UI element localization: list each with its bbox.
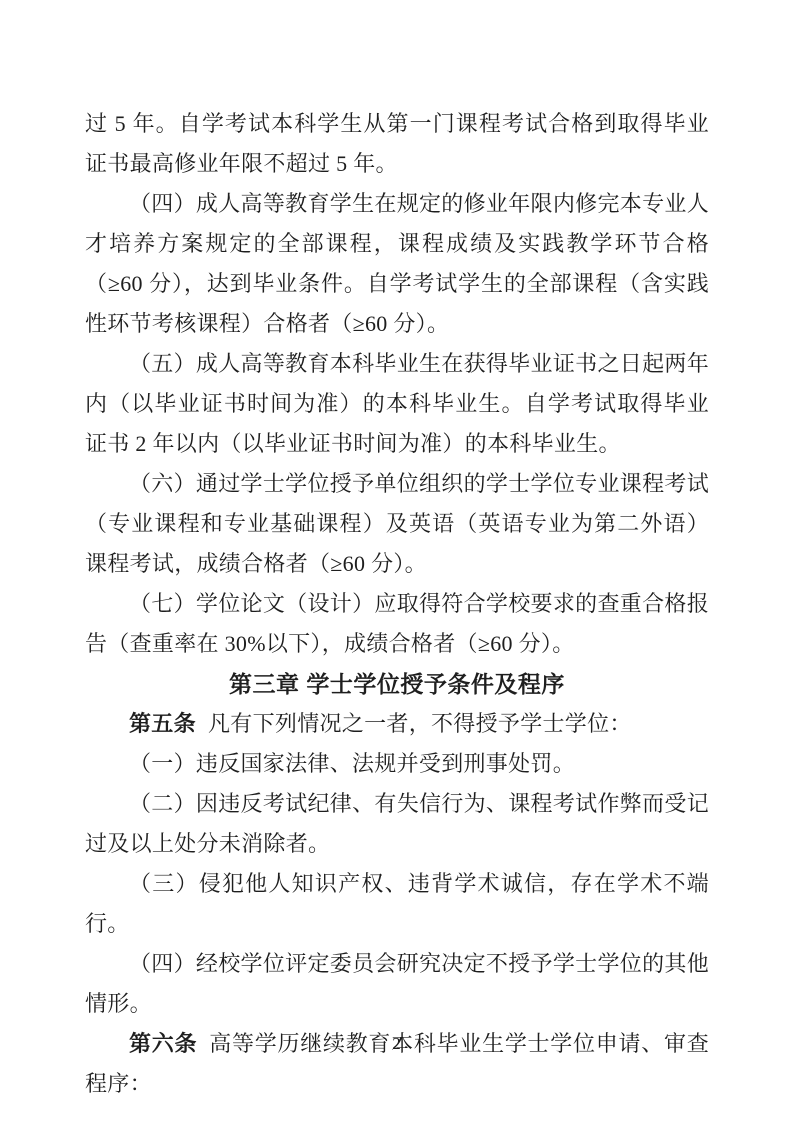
condition-item-6: （六）通过学士学位授予单位组织的学士学位专业课程考试（专业课程和专业基础课程）及… [85,464,709,584]
prohibition-item-4: （四）经校学位评定委员会研究决定不授予学士学位的其他情形。 [85,944,709,1024]
article-5-number: 第五条 [129,711,196,736]
condition-item-4: （四）成人高等教育学生在规定的修业年限内修完本专业人才培养方案规定的全部课程，课… [85,184,709,344]
prohibition-item-2: （二）因违反考试纪律、有失信行为、课程考试作弊而受记过及以上处分未消除者。 [85,784,709,864]
paragraph-continuation: 过 5 年。自学考试本科学生从第一门课程考试合格到取得毕业证书最高修业年限不超过… [85,104,709,184]
condition-item-5: （五）成人高等教育本科毕业生在获得毕业证书之日起两年内（以毕业证书时间为准）的本… [85,344,709,464]
document-page: 过 5 年。自学考试本科学生从第一门课程考试合格到取得毕业证书最高修业年限不超过… [0,0,793,1122]
article-5-text: 凡有下列情况之一者，不得授予学士学位： [208,711,632,736]
chapter-heading: 第三章 学士学位授予条件及程序 [85,664,709,704]
prohibition-item-3: （三）侵犯他人知识产权、违背学术诚信，存在学术不端行。 [85,864,709,944]
page-number: 2 [0,1032,793,1056]
document-body: 过 5 年。自学考试本科学生从第一门课程考试合格到取得毕业证书最高修业年限不超过… [85,104,709,1104]
article-5-paragraph: 第五条凡有下列情况之一者，不得授予学士学位： [85,704,709,744]
condition-item-7: （七）学位论文（设计）应取得符合学校要求的查重合格报告（查重率在 30%以下），… [85,584,709,664]
prohibition-item-1: （一）违反国家法律、法规并受到刑事处罚。 [85,744,709,784]
